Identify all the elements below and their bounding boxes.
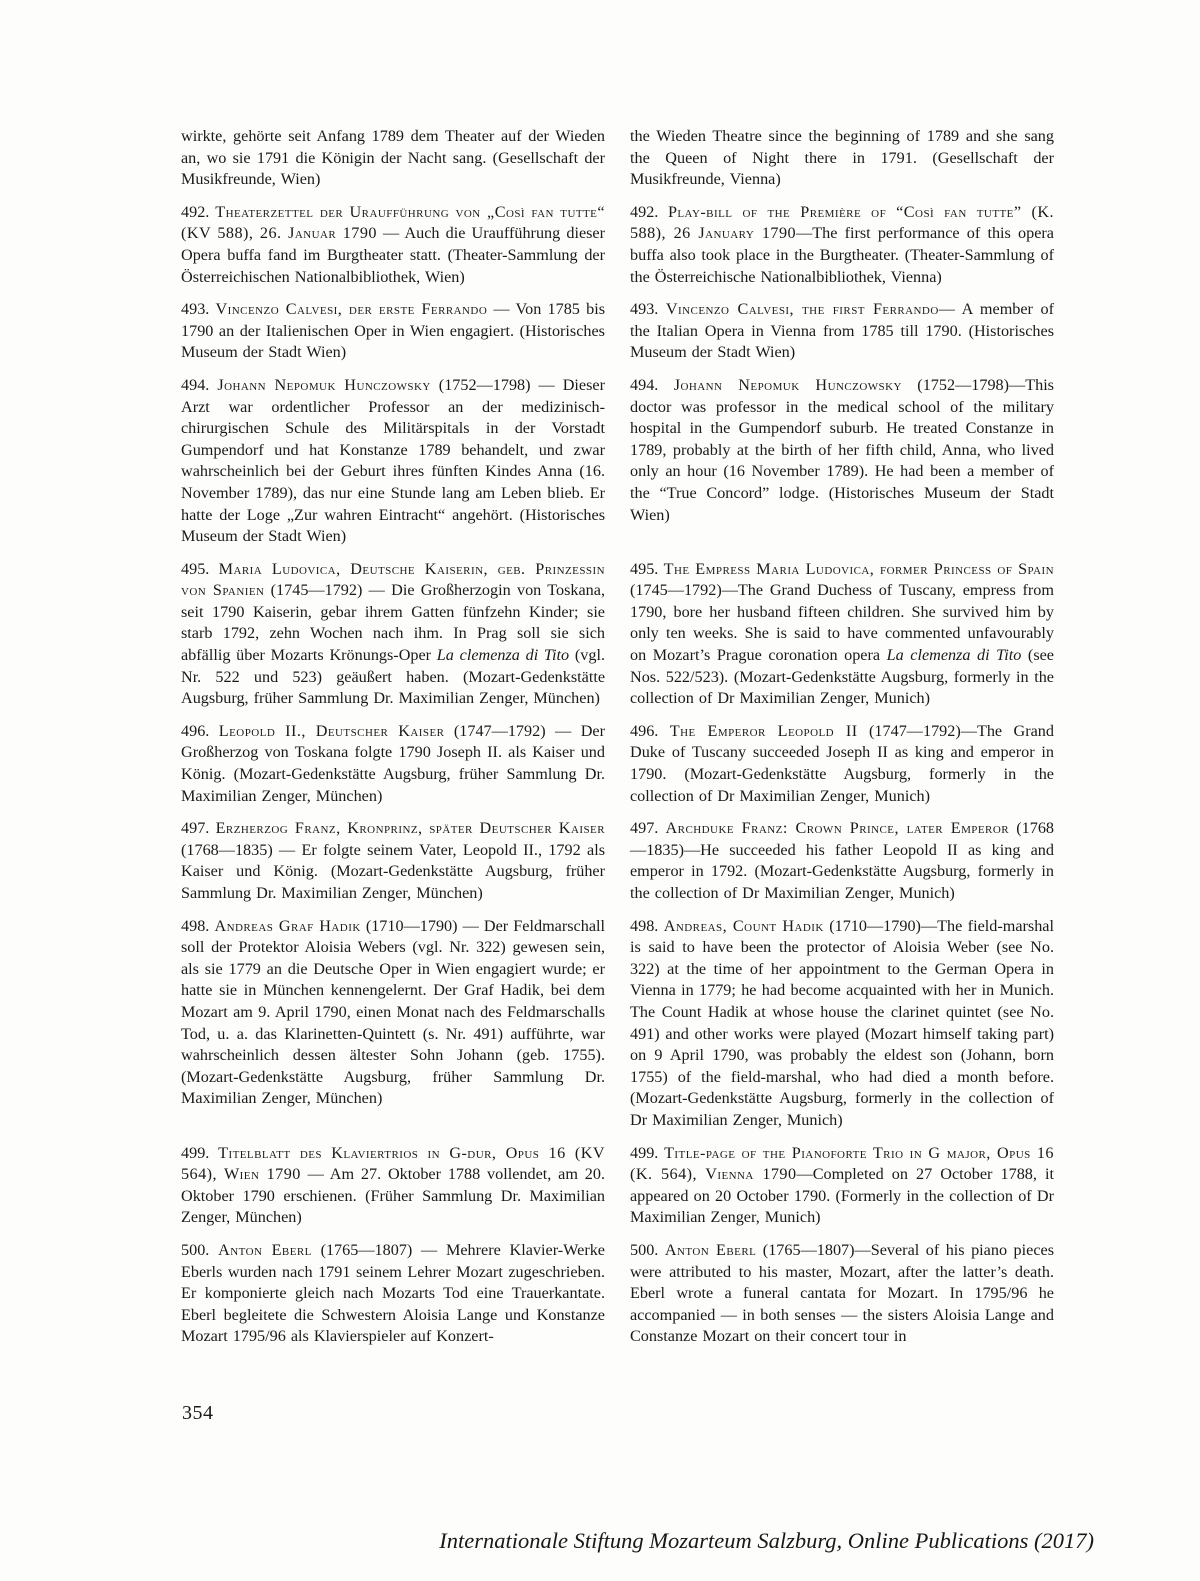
entry-499-english: 499. Title-page of the Pianoforte Trio i…	[630, 1143, 1054, 1229]
continuation-paragraph-english: the Wieden Theatre since the beginning o…	[630, 126, 1054, 191]
entry-495-german: 495. Maria Ludovica, Deutsche Kaiserin, …	[181, 559, 605, 710]
entry-493-german: 493. Vincenzo Calvesi, der erste Ferrand…	[181, 299, 605, 364]
entry-495-english: 495. The Empress Maria Ludovica, former …	[630, 559, 1054, 710]
book-page: wirkte, gehörte seit Anfang 1789 dem The…	[0, 0, 1200, 1581]
entry-497-german: 497. Erzherzog Franz, Kronprinz, später …	[181, 818, 605, 904]
publication-footer: Internationale Stiftung Mozarteum Salzbu…	[439, 1528, 1094, 1554]
entry-498-english: 498. Andreas, Count Hadik (1710—1790)—Th…	[630, 916, 1054, 1132]
entry-494-english: 494. Johann Nepomuk Hunczowsky (1752—179…	[630, 375, 1054, 526]
entry-492-english: 492. Play-bill of the Première of “Così …	[630, 202, 1054, 288]
entry-498-german: 498. Andreas Graf Hadik (1710—1790) — De…	[181, 916, 605, 1110]
entry-496-english: 496. The Emperor Leopold II (1747—1792)—…	[630, 721, 1054, 807]
entry-494-german: 494. Johann Nepomuk Hunczowsky (1752—179…	[181, 375, 605, 548]
entry-492-german: 492. Theaterzettel der Uraufführung von …	[181, 202, 605, 288]
two-column-catalogue-text: wirkte, gehörte seit Anfang 1789 dem The…	[181, 126, 1054, 1348]
entry-496-german: 496. Leopold II., Deutscher Kaiser (1747…	[181, 721, 605, 807]
entry-500-english: 500. Anton Eberl (1765—1807)—Several of …	[630, 1240, 1054, 1348]
continuation-paragraph-german: wirkte, gehörte seit Anfang 1789 dem The…	[181, 126, 605, 191]
entry-500-german: 500. Anton Eberl (1765—1807) — Mehrere K…	[181, 1240, 605, 1348]
entry-497-english: 497. Archduke Franz: Crown Prince, later…	[630, 818, 1054, 904]
entry-499-german: 499. Titelblatt des Klaviertrios in G-du…	[181, 1143, 605, 1229]
entry-493-english: 493. Vincenzo Calvesi, the first Ferrand…	[630, 299, 1054, 364]
page-number: 354	[182, 1402, 214, 1425]
